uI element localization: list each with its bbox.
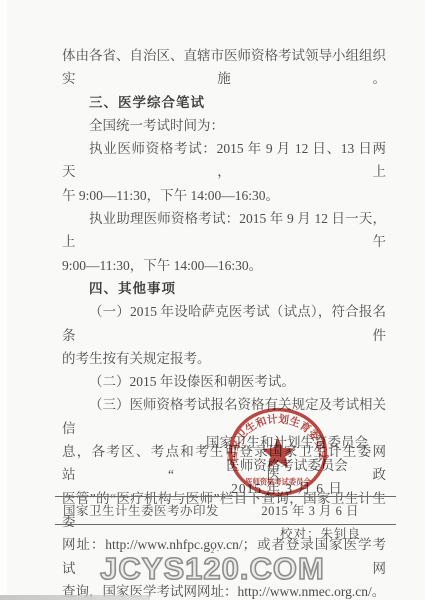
scan-edge-artifact [0,595,150,600]
section-heading: 三、医学综合笔试 [62,91,386,114]
issue-date: 2015 年 3 月 6 日 [261,501,396,519]
seal-bottom-text: 医师资格考试委员会 [245,477,310,487]
issuer-label: 国家卫生计生委医考办印发 [55,501,219,519]
body-line: 9:00—11:30，下午 14:00—16:30。 [62,254,386,277]
body-line: 午 9:00—11:30，下午 14:00—16:30。 [62,184,386,207]
scan-page-edge [0,0,7,600]
issue-footer-box: 国家卫生计生委医考办印发 2015 年 3 月 6 日 [55,496,396,525]
body-line: 执业助理医师资格考试：2015 年 9 月 12 日一天，上午 [62,207,386,254]
body-line: （二）2015 年设傣医和朝医考试。 [62,370,386,393]
watermark-text: JCYS120.COM [0,551,425,587]
seal-star-icon [262,437,294,468]
body-line: 体由各省、自治区、直辖市医师资格考试领导小组组织实施。 [62,44,386,91]
proofreader-line: 校对：朱钊良 [280,524,361,542]
body-line: 执业医师资格考试：2015 年 9 月 12 日、13 日两天，上 [62,137,386,184]
section-heading: 四、其他事项 [62,277,386,300]
body-line: （一）2015 年设哈萨克医考试（试点），符合报名条件 [62,300,386,347]
body-line: 的考生按有关规定报考。 [62,347,386,370]
body-line: 全国统一考试时间为： [62,114,386,137]
official-seal-icon: 国家卫生和计划生育委员会 医师资格考试委员会 [227,406,329,498]
